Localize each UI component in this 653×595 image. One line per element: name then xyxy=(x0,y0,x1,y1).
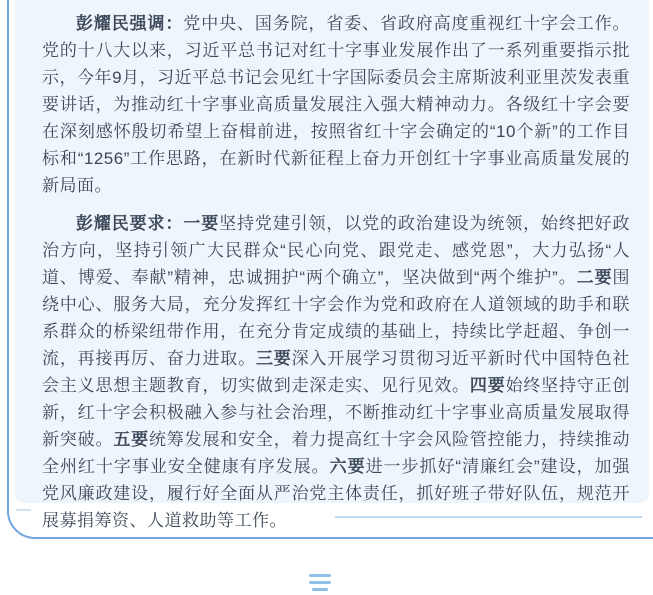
article-body: 彭耀民强调：党中央、国务院，省委、省政府高度重视红十字会工作。党的十八大以来，习… xyxy=(15,0,649,503)
text-run-bold: 一要 xyxy=(183,214,219,233)
article-page: 彭耀民强调：党中央、国务院，省委、省政府高度重视红十字会工作。党的十八大以来，习… xyxy=(0,0,653,595)
hamburger-icon[interactable] xyxy=(308,572,334,595)
text-run-bold: 四要 xyxy=(470,376,506,395)
hamburger-bar xyxy=(312,588,328,591)
divider-line xyxy=(335,516,642,518)
paragraph: 彭耀民要求：一要坚持党建引领，以党的政治建设为统领，始终把好政治方向，坚持引领广… xyxy=(42,210,630,534)
text-run-bold: 五要 xyxy=(113,430,149,449)
hamburger-bar xyxy=(309,581,331,584)
text-run-bold: 彭耀民强调： xyxy=(76,14,183,33)
text-run-bold: 三要 xyxy=(256,349,292,368)
hamburger-bar xyxy=(309,574,331,577)
divider-dash xyxy=(16,509,31,511)
text-run-bold: 六要 xyxy=(330,457,366,476)
text-run-bold: 二要 xyxy=(577,268,613,287)
paragraph: 彭耀民强调：党中央、国务院，省委、省政府高度重视红十字会工作。党的十八大以来，习… xyxy=(42,10,630,199)
text-run-bold: 彭耀民要求： xyxy=(76,214,183,233)
text-run: 党中央、国务院，省委、省政府高度重视红十字会工作。党的十八大以来，习近平总书记对… xyxy=(42,14,630,195)
